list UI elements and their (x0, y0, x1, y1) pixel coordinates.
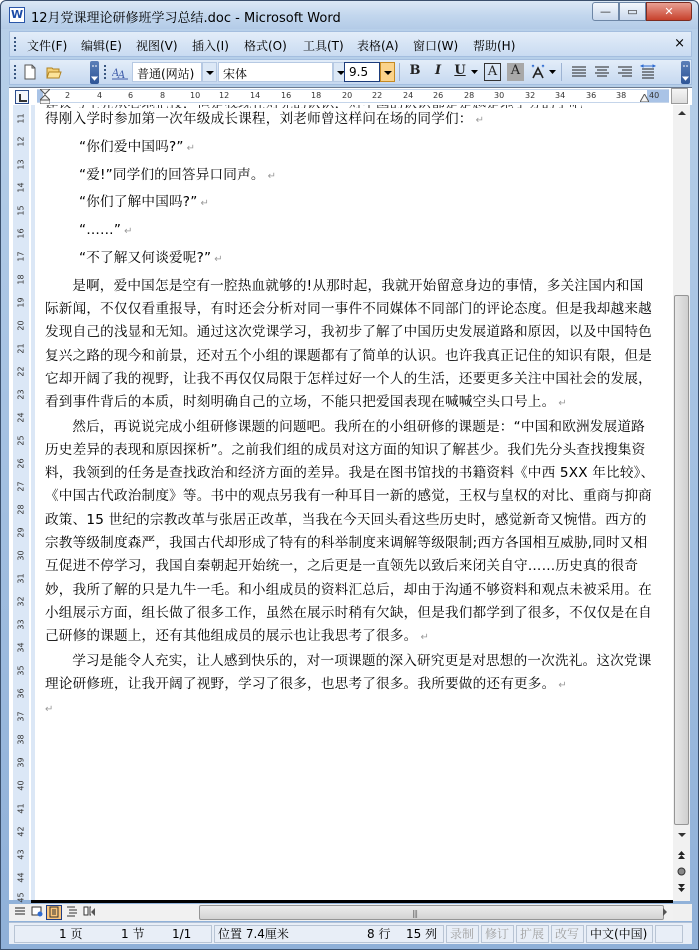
italic-button[interactable]: I (430, 63, 446, 81)
ruler-row: 2 4 6 8 10 12 14 16 18 20 22 24 26 28 30… (9, 87, 692, 105)
scroll-grip-icon: ||| (412, 909, 417, 918)
vruler-tick: 31 (17, 572, 26, 586)
horizontal-ruler[interactable]: 2 4 6 8 10 12 14 16 18 20 22 24 26 28 30… (37, 89, 669, 103)
close-document-button[interactable]: × (674, 36, 685, 51)
style-dropdown-button[interactable] (202, 62, 217, 82)
vruler-tick: 36 (17, 687, 26, 701)
char-border-button[interactable]: A (484, 63, 501, 81)
horizontal-scroll-thumb[interactable]: ||| (199, 905, 664, 920)
toolbar-separator (399, 63, 400, 81)
normal-view-button[interactable] (12, 905, 28, 920)
select-browse-object-button[interactable] (676, 867, 687, 879)
vruler-tick: 20 (17, 319, 26, 333)
paragraph-mark-icon: ↵ (476, 115, 485, 126)
ruler-tick: 30 (494, 91, 504, 100)
record-macro-toggle[interactable]: 录制 (446, 925, 479, 943)
quote-paragraph[interactable]: “你们了解中国吗?”↵ (45, 191, 657, 215)
vertical-scrollbar[interactable] (673, 105, 690, 901)
ruler-tick: 26 (433, 91, 443, 100)
menu-table[interactable]: 表格(A) (357, 37, 399, 54)
styles-icon[interactable]: A A (112, 64, 128, 80)
vruler-tick: 24 (17, 411, 26, 425)
menu-view[interactable]: 视图(V) (136, 37, 178, 54)
track-changes-toggle[interactable]: 修订 (481, 925, 514, 943)
vruler-tick: 44 (17, 871, 26, 885)
indent-marker-icon[interactable] (40, 89, 50, 104)
ruler-tick: 16 (281, 91, 291, 100)
paragraph-text: “你们爱中国吗?” (79, 139, 184, 155)
open-folder-icon[interactable] (46, 64, 62, 80)
maximize-icon: ▭ (627, 5, 637, 18)
vruler-tick: 22 (17, 365, 26, 379)
menu-help[interactable]: 帮助(H) (473, 37, 515, 54)
document-area[interactable]: 建议与至亮从心地把技，但是我现在对党的认识，对中国的认识都是是越是地了分的了吧 … (31, 105, 673, 901)
chevron-down-icon (90, 61, 99, 84)
paragraph-mark-icon: ↵ (558, 398, 567, 409)
scroll-right-button[interactable] (663, 908, 667, 916)
align-right-icon[interactable] (617, 64, 633, 80)
distributed-align-icon[interactable] (640, 64, 656, 80)
vruler-tick: 28 (17, 503, 26, 517)
vruler-tick: 45 (17, 891, 26, 905)
underline-button[interactable]: U (452, 63, 468, 81)
ruler-tick: 32 (525, 91, 535, 100)
web-layout-icon (31, 905, 43, 917)
paragraph-mark-icon: ↵ (214, 254, 223, 265)
ruler-tick: 18 (311, 91, 321, 100)
document-body[interactable]: 建议与至亮从心地把技，但是我现在对党的认识，对中国的认识都是是越是地了分的了吧 … (45, 105, 657, 721)
word-window: 12月党课理论研修班学习总结.doc - Microsoft Word — ▭ … (0, 0, 699, 950)
ruler-tick: 8 (160, 91, 165, 100)
align-justify-icon[interactable] (571, 64, 587, 80)
font-select[interactable]: 宋体 (218, 62, 333, 82)
paragraph-text: 然后，再说说完成小组研修课题的问题吧。我所在的小组研修的课题是：“中国和欧洲发展… (45, 419, 654, 645)
paragraph-text: “……” (79, 222, 121, 238)
font-size-dropdown-button[interactable] (380, 62, 395, 82)
page-bottom-divider (31, 900, 673, 903)
close-icon: ✕ (664, 5, 673, 18)
double-down-arrow-icon (677, 883, 686, 892)
paragraph-mark-icon: ↵ (420, 632, 429, 643)
vruler-tick: 26 (17, 457, 26, 471)
paragraph-mark-icon: ↵ (124, 226, 133, 237)
tab-selector-button[interactable] (15, 90, 29, 104)
status-bar: 1 页 1 节 1/1 位置 7.4厘米 8 行 15 列 录制 修订 扩展 改… (9, 922, 692, 944)
toolbar: A A 普通(网站) 宋体 9.5 B I U A A (9, 59, 692, 85)
paragraph-text: “爱!”同学们的回答异口同声。 (79, 167, 265, 183)
vruler-tick: 17 (17, 250, 26, 264)
vertical-ruler[interactable]: 11 12 13 14 15 16 17 18 19 20 21 22 23 2… (9, 105, 31, 900)
status-column: 15 列 (406, 926, 437, 942)
menu-tools[interactable]: 工具(T) (303, 37, 344, 54)
normal-view-icon (14, 905, 26, 917)
browse-object-icon (677, 867, 686, 876)
window-controls: — ▭ ✕ (592, 2, 692, 21)
scroll-left-button[interactable] (91, 908, 95, 916)
font-size-input[interactable]: 9.5 (344, 62, 380, 82)
paragraph-text: “你们了解中国吗?” (79, 194, 197, 210)
paragraph-mark-icon: ↵ (200, 198, 209, 209)
document-page[interactable]: 建议与至亮从心地把技，但是我现在对党的认识，对中国的认识都是是越是地了分的了吧 … (31, 105, 671, 901)
vruler-tick: 13 (17, 158, 26, 172)
vruler-tick: 19 (17, 296, 26, 310)
paragraph-text: 得刚入学时参加第一次年级成长课程，刘老师曾这样问在场的同学们： (45, 111, 473, 127)
paragraph[interactable]: 得刚入学时参加第一次年级成长课程，刘老师曾这样问在场的同学们：↵ (45, 108, 657, 132)
menubar-grip[interactable] (14, 37, 16, 53)
vruler-tick: 16 (17, 227, 26, 241)
vruler-tick: 35 (17, 664, 26, 678)
print-layout-icon (48, 906, 60, 918)
vruler-tick: 25 (17, 434, 26, 448)
paragraph-mark-icon: ↵ (558, 680, 567, 691)
vruler-tick: 21 (17, 342, 26, 356)
maximize-button[interactable]: ▭ (619, 2, 646, 21)
menu-window[interactable]: 窗口(W) (413, 37, 458, 54)
ruler-tick: 40 (649, 91, 659, 100)
vruler-tick: 40 (17, 779, 26, 793)
ruler-tick: 24 (403, 91, 413, 100)
close-button[interactable]: ✕ (646, 2, 692, 21)
menu-file[interactable]: 文件(F) (27, 37, 67, 54)
overtype-toggle[interactable]: 改写 (551, 925, 584, 943)
paragraph-mark-icon: ↵ (187, 143, 196, 154)
style-select[interactable]: 普通(网站) (132, 62, 202, 82)
language-status[interactable]: 中文(中国) (586, 925, 653, 943)
toolbar-separator (561, 63, 562, 81)
bold-button[interactable]: B (407, 63, 423, 81)
empty-paragraph[interactable]: ↵ (45, 697, 657, 721)
web-layout-view-button[interactable] (29, 905, 45, 920)
vertical-ruler-track: 11 12 13 14 15 16 17 18 19 20 21 22 23 2… (13, 105, 29, 900)
vruler-tick: 18 (17, 273, 26, 287)
char-shading-button[interactable]: A (507, 63, 524, 81)
ruler-tick: 28 (464, 91, 474, 100)
vruler-tick: 23 (17, 388, 26, 402)
ruler-tick: 10 (190, 91, 200, 100)
extend-selection-toggle[interactable]: 扩展 (516, 925, 549, 943)
vruler-tick: 14 (17, 181, 26, 195)
vruler-tick: 38 (17, 733, 26, 747)
vruler-tick: 43 (17, 848, 26, 862)
print-layout-view-button[interactable] (46, 905, 62, 920)
page-margin-shade (31, 105, 35, 901)
vruler-tick: 11 (17, 112, 26, 126)
ruler-tick: 38 (616, 91, 626, 100)
window-title: 12月党课理论研修班学习总结.doc - Microsoft Word (31, 7, 341, 26)
ruler-tick: 36 (586, 91, 596, 100)
paragraph[interactable]: 是啊，爱中国怎是空有一腔热血就够的!从那时起，我就开始留意身边的事情，多关注国内… (45, 275, 657, 416)
split-handle[interactable] (671, 88, 688, 104)
ruler-tick: 14 (250, 91, 260, 100)
next-page-button[interactable] (676, 883, 687, 895)
minimize-button[interactable]: — (592, 2, 619, 21)
ruler-tick: 6 (128, 91, 133, 100)
vruler-tick: 37 (17, 710, 26, 724)
title-bar[interactable]: 12月党课理论研修班学习总结.doc - Microsoft Word — ▭ … (1, 1, 698, 29)
paragraph-text: “不了解又何谈爱呢?” (79, 250, 211, 266)
outline-view-button[interactable] (64, 905, 80, 920)
paragraph[interactable]: 然后，再说说完成小组研修课题的问题吧。我所在的小组研修的课题是：“中国和欧洲发展… (45, 416, 657, 650)
horizontal-scrollbar[interactable]: ||| (91, 904, 673, 921)
vruler-tick: 30 (17, 549, 26, 563)
ruler-tick: 20 (342, 91, 352, 100)
status-page: 1 页 (59, 926, 82, 942)
phonetic-guide-icon[interactable] (530, 64, 546, 80)
menu-format[interactable]: 格式(O) (244, 37, 287, 54)
right-indent-marker-icon[interactable] (640, 94, 649, 102)
paragraph-text: 是啊，爱中国怎是空有一腔热血就够的!从那时起，我就开始留意身边的事情，多关注国内… (45, 278, 652, 410)
menu-insert[interactable]: 插入(I) (192, 37, 229, 54)
vruler-tick: 41 (17, 802, 26, 816)
vruler-tick: 42 (17, 825, 26, 839)
scroll-down-button[interactable] (673, 827, 690, 844)
toolbar-options-button[interactable] (681, 61, 690, 84)
chevron-down-icon (681, 61, 690, 84)
vruler-tick: 34 (17, 641, 26, 655)
scroll-up-button[interactable] (673, 105, 690, 122)
paragraph-mark-icon: ↵ (45, 704, 54, 715)
word-app-icon[interactable] (9, 7, 25, 23)
ruler-tick: 4 (97, 91, 102, 100)
status-page-of: 1/1 (172, 926, 191, 942)
ruler-tick: 12 (219, 91, 229, 100)
vruler-tick: 15 (17, 204, 26, 218)
vruler-tick: 27 (17, 480, 26, 494)
double-up-arrow-icon (677, 851, 686, 860)
vruler-tick: 33 (17, 618, 26, 632)
quote-paragraph[interactable]: “爱!”同学们的回答异口同声。↵ (45, 164, 657, 188)
menu-bar: 文件(F) 编辑(E) 视图(V) 插入(I) 格式(O) 工具(T) 表格(A… (9, 31, 692, 57)
vertical-scroll-thumb[interactable] (674, 295, 689, 825)
formatting-toolbar-grip[interactable] (104, 65, 106, 81)
standard-toolbar-grip[interactable] (14, 65, 16, 81)
status-section: 1 节 (121, 926, 144, 942)
ruler-tick: 34 (555, 91, 565, 100)
vruler-tick: 29 (17, 526, 26, 540)
ruler-tick: 2 (65, 91, 70, 100)
quote-paragraph[interactable]: “……”↵ (45, 219, 657, 243)
phonetic-dropdown-icon[interactable] (549, 70, 556, 75)
align-center-icon[interactable] (594, 64, 610, 80)
vruler-tick: 39 (17, 756, 26, 770)
minimize-icon: — (600, 5, 611, 18)
outline-view-icon (66, 905, 78, 917)
new-doc-icon[interactable] (22, 64, 38, 80)
vruler-tick: 32 (17, 595, 26, 609)
quote-paragraph[interactable]: “不了解又何谈爱呢?”↵ (45, 247, 657, 271)
status-line: 8 行 (367, 926, 390, 942)
toolbar-options-button[interactable] (90, 61, 99, 84)
paragraph-mark-icon: ↵ (268, 171, 277, 182)
previous-page-button[interactable] (676, 851, 687, 863)
underline-dropdown-icon[interactable] (471, 70, 478, 75)
quote-paragraph[interactable]: “你们爱中国吗?”↵ (45, 136, 657, 160)
menu-edit[interactable]: 编辑(E) (81, 37, 122, 54)
paragraph[interactable]: 学习是能令人充实，让人感到快乐的，对一项课题的深入研究更是对思想的一次洗礼。这次… (45, 650, 657, 698)
vruler-tick: 12 (17, 135, 26, 149)
spelling-status[interactable] (655, 925, 683, 943)
ruler-tick: 22 (372, 91, 382, 100)
